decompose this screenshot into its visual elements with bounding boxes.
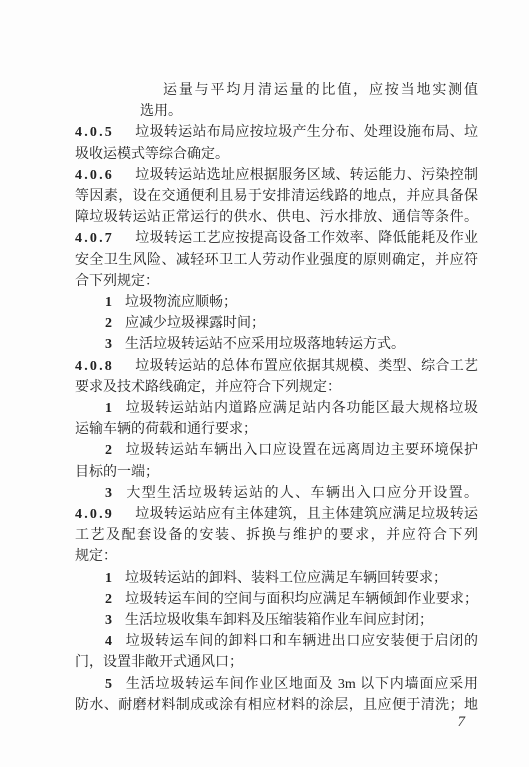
item-number: 5 — [105, 674, 125, 695]
line-text: 防水、耐磨材料制成或涂有相应材料的涂层，且应便于清洗；地 — [75, 698, 478, 713]
line-text: 安全卫生风险、减轻环卫工人劳动作业强度的原则确定，并应符 — [75, 253, 478, 268]
sub-item-line: 1垃圾转运站的卸料、装料工位应满足车辆回转要求； — [75, 568, 478, 589]
item-number: 1 — [105, 568, 125, 589]
line-text: 选用。 — [140, 104, 182, 119]
text-line: 运量与平均月清运量的比值，应按当地实测值 — [75, 80, 478, 101]
sub-item-line: 2应减少垃圾裸露时间； — [75, 313, 478, 334]
text-line: 等因素，设在交通便利且易于安排清运线路的地点，并应具备保 — [75, 186, 478, 207]
text-line: 工艺及配套设备的安装、拆换与维护的要求，并应符合下列 — [75, 525, 478, 546]
text-line: 门，设置非敞开式通风口； — [75, 652, 478, 673]
item-number: 2 — [105, 440, 125, 461]
text-line: 安全卫生风险、减轻环卫工人劳动作业强度的原则确定，并应符 — [75, 250, 478, 271]
clause-line: 4.0.6垃圾转运站选址应根据服务区域、转运能力、污染控制 — [75, 165, 478, 186]
clause-number: 4.0.6 — [75, 165, 135, 186]
line-text: 生活垃圾收集车卸料及压缩装箱作业车间应封闭； — [125, 613, 433, 628]
line-text: 垃圾转运站的总体布置应依据其规模、类型、综合工艺 — [135, 359, 478, 374]
sub-item-line: 2垃圾转运车间的空间与面积均应满足车辆倾卸作业要求； — [75, 589, 478, 610]
line-text: 大型生活垃圾转运站的人、车辆出入口应分开设置。 — [125, 486, 478, 501]
item-number: 2 — [105, 589, 125, 610]
sub-item-line: 5生活垃圾转运车间作业区地面及 3m 以下内墙面应采用 — [75, 674, 478, 695]
line-text: 目标的一端； — [75, 465, 159, 480]
line-text: 工艺及配套设备的安装、拆换与维护的要求，并应符合下列 — [75, 528, 478, 543]
text-line: 选用。 — [75, 101, 478, 122]
line-text: 垃圾转运车间的空间与面积均应满足车辆倾卸作业要求； — [125, 592, 478, 607]
item-number: 4 — [105, 631, 125, 652]
clause-number: 4.0.7 — [75, 228, 135, 249]
line-text: 垃圾转运站布局应按垃圾产生分布、处理设施布局、垃 — [135, 125, 478, 140]
text-line: 圾收运模式等综合确定。 — [75, 144, 478, 165]
sub-item-line: 2垃圾转运站车辆出入口应设置在远离周边主要环境保护 — [75, 440, 478, 461]
line-text: 障垃圾转运站正常运行的供水、供电、污水排放、通信等条件。 — [75, 210, 478, 225]
clause-number: 4.0.8 — [75, 356, 135, 377]
text-line: 防水、耐磨材料制成或涂有相应材料的涂层，且应便于清洗；地 — [75, 695, 478, 716]
line-text: 垃圾物流应顺畅； — [125, 295, 237, 310]
line-text: 垃圾转运站的卸料、装料工位应满足车辆回转要求； — [125, 571, 447, 586]
sub-item-line: 1垃圾转运站站内道路应满足站内各功能区最大规格垃圾 — [75, 398, 478, 419]
text-line: 目标的一端； — [75, 462, 478, 483]
sub-item-line: 4垃圾转运车间的卸料口和车辆进出口应安装便于启闭的 — [75, 631, 478, 652]
clause-line: 4.0.8垃圾转运站的总体布置应依据其规模、类型、综合工艺 — [75, 356, 478, 377]
item-number: 3 — [105, 610, 125, 631]
line-text: 要求及技术路线确定，并应符合下列规定： — [75, 380, 341, 395]
clause-number: 4.0.5 — [75, 122, 135, 143]
line-text: 规定： — [75, 549, 117, 564]
page-text: 运量与平均月清运量的比值，应按当地实测值 选用。 4.0.5垃圾转运站布局应按垃… — [75, 80, 478, 716]
line-text: 生活垃圾转运站不应采用垃圾落地转运方式。 — [125, 337, 405, 352]
text-line: 规定： — [75, 546, 478, 567]
item-number: 2 — [105, 313, 125, 334]
line-text: 运输车辆的荷载和通行要求； — [75, 422, 257, 437]
item-number: 1 — [105, 398, 125, 419]
text-line: 要求及技术路线确定，并应符合下列规定： — [75, 377, 478, 398]
sub-item-line: 3大型生活垃圾转运站的人、车辆出入口应分开设置。 — [75, 483, 478, 504]
line-text: 垃圾转运站站内道路应满足站内各功能区最大规格垃圾 — [125, 401, 478, 416]
line-text: 应减少垃圾裸露时间； — [125, 316, 265, 331]
line-text: 门，设置非敞开式通风口； — [75, 655, 243, 670]
sub-item-line: 1垃圾物流应顺畅； — [75, 292, 478, 313]
line-text: 垃圾转运站应有主体建筑，且主体建筑应满足垃圾转运 — [135, 507, 478, 522]
text-line: 运输车辆的荷载和通行要求； — [75, 419, 478, 440]
line-text: 生活垃圾转运车间作业区地面及 3m 以下内墙面应采用 — [125, 677, 478, 692]
clause-number: 4.0.9 — [75, 504, 135, 525]
line-text: 垃圾转运工艺应按提高设备工作效率、降低能耗及作业 — [135, 231, 478, 246]
document-page: 运量与平均月清运量的比值，应按当地实测值 选用。 4.0.5垃圾转运站布局应按垃… — [0, 0, 529, 767]
line-text: 垃圾转运站车辆出入口应设置在远离周边主要环境保护 — [125, 443, 478, 458]
line-text: 合下列规定： — [75, 274, 159, 289]
text-line: 合下列规定： — [75, 271, 478, 292]
page-number: 7 — [75, 714, 465, 731]
line-text: 圾收运模式等综合确定。 — [75, 147, 229, 162]
clause-line: 4.0.5垃圾转运站布局应按垃圾产生分布、处理设施布局、垃 — [75, 122, 478, 143]
item-number: 3 — [105, 483, 125, 504]
text-line: 障垃圾转运站正常运行的供水、供电、污水排放、通信等条件。 — [75, 207, 478, 228]
clause-line: 4.0.7垃圾转运工艺应按提高设备工作效率、降低能耗及作业 — [75, 228, 478, 249]
line-text: 垃圾转运车间的卸料口和车辆进出口应安装便于启闭的 — [125, 634, 478, 649]
line-text: 垃圾转运站选址应根据服务区域、转运能力、污染控制 — [135, 168, 478, 183]
item-number: 1 — [105, 292, 125, 313]
sub-item-line: 3生活垃圾转运站不应采用垃圾落地转运方式。 — [75, 334, 478, 355]
line-text: 运量与平均月清运量的比值，应按当地实测值 — [163, 83, 478, 98]
item-number: 3 — [105, 334, 125, 355]
sub-item-line: 3生活垃圾收集车卸料及压缩装箱作业车间应封闭； — [75, 610, 478, 631]
clause-line: 4.0.9垃圾转运站应有主体建筑，且主体建筑应满足垃圾转运 — [75, 504, 478, 525]
line-text: 等因素，设在交通便利且易于安排清运线路的地点，并应具备保 — [75, 189, 478, 204]
